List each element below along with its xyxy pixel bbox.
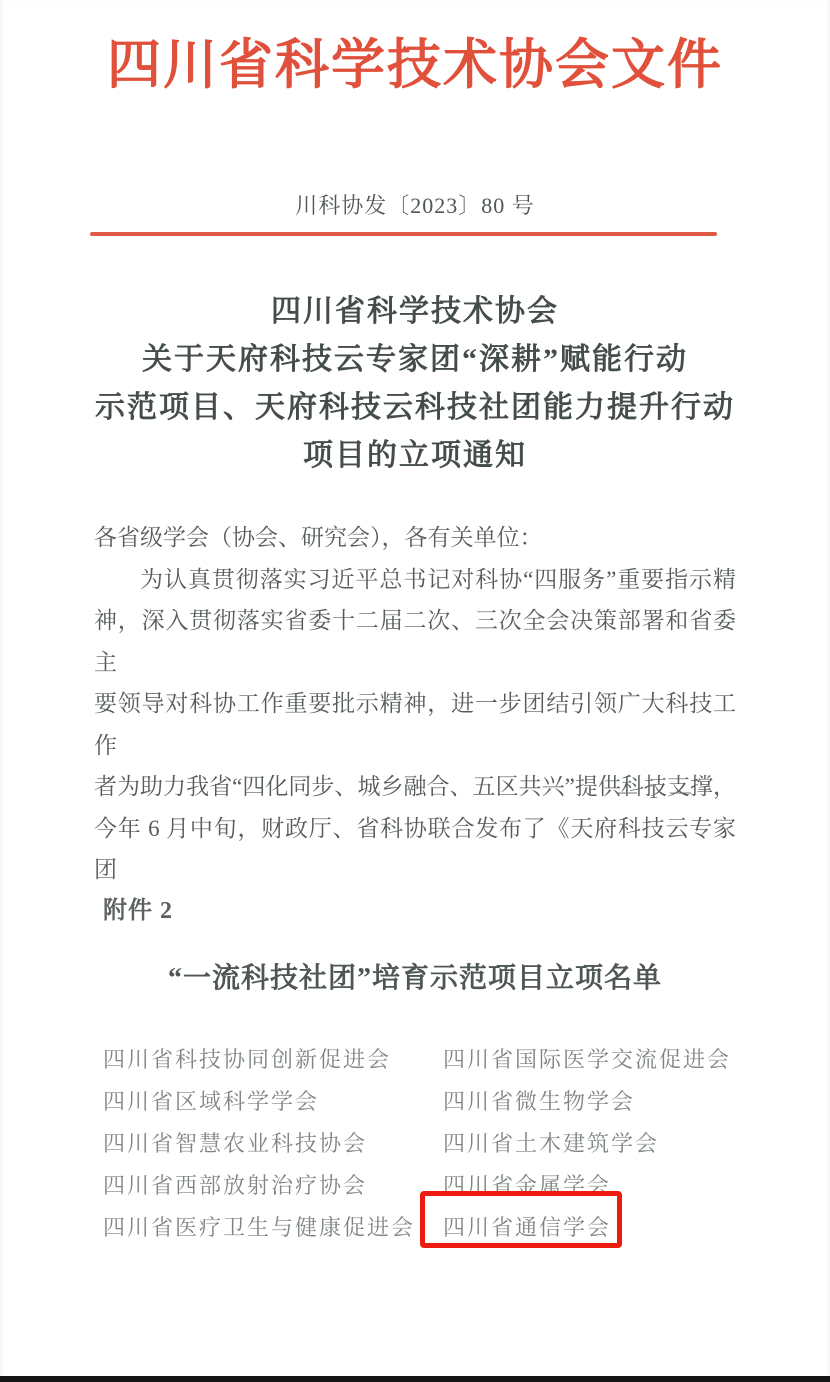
attachment-title: “一流科技社团”培育示范项目立项名单	[0, 956, 830, 996]
doc-number: 川科协发〔2023〕80 号	[0, 189, 830, 220]
body-line: 为认真贯彻落实习近平总书记对科协“四服务”重要指示精	[94, 559, 736, 601]
notice-title-line: 项目的立项通知	[0, 432, 830, 480]
list-item: 四川省土木建筑学会	[443, 1123, 731, 1165]
list-item: 四川省科技协同创新促进会	[103, 1039, 415, 1081]
list-item: 四川省通信学会	[443, 1207, 731, 1249]
notice-title: 四川省科学技术协会 关于天府科技云专家团“深耕”赋能行动 示范项目、天府科技云科…	[0, 288, 830, 480]
list-item: 四川省金属学会	[443, 1165, 731, 1207]
body-line: 今年 6 月中旬，财政厅、省科协联合发布了《天府科技云专家团	[94, 808, 736, 891]
body-text: 各省级学会（协会、研究会），各有关单位： 为认真贯彻落实习近平总书记对科协“四服…	[94, 517, 736, 891]
body-line: 要领导对科协工作重要批示精神，进一步团结引领广大科技工作	[94, 683, 736, 766]
list-item: 四川省西部放射治疗协会	[103, 1165, 415, 1207]
page-number: — 1 —	[616, 779, 694, 804]
bottom-edge-bar	[0, 1376, 830, 1382]
letterhead-title: 四川省科学技术协会文件	[0, 22, 830, 99]
attachment-label: 附件 2	[103, 890, 173, 925]
body-line: 神，深入贯彻落实省委十二届二次、三次全会决策部署和省委主	[94, 600, 736, 683]
list-item: 四川省智慧农业科技协会	[103, 1123, 415, 1165]
list-item: 四川省国际医学交流促进会	[443, 1039, 731, 1081]
notice-title-line: 关于天府科技云专家团“深耕”赋能行动	[0, 336, 830, 384]
list-item: 四川省医疗卫生与健康促进会	[103, 1207, 415, 1249]
salutation: 各省级学会（协会、研究会），各有关单位：	[94, 517, 736, 559]
project-list-left: 四川省科技协同创新促进会 四川省区域科学学会 四川省智慧农业科技协会 四川省西部…	[103, 1039, 415, 1249]
notice-title-line: 示范项目、天府科技云科技社团能力提升行动	[0, 384, 830, 432]
list-item: 四川省区域科学学会	[103, 1081, 415, 1123]
red-divider-line	[90, 232, 717, 236]
notice-title-line: 四川省科学技术协会	[0, 288, 830, 336]
project-list-right: 四川省国际医学交流促进会 四川省微生物学会 四川省土木建筑学会 四川省金属学会 …	[443, 1039, 731, 1249]
scanned-document-page: 四川省科学技术协会文件 川科协发〔2023〕80 号 四川省科学技术协会 关于天…	[0, 0, 830, 1382]
list-item: 四川省微生物学会	[443, 1081, 731, 1123]
